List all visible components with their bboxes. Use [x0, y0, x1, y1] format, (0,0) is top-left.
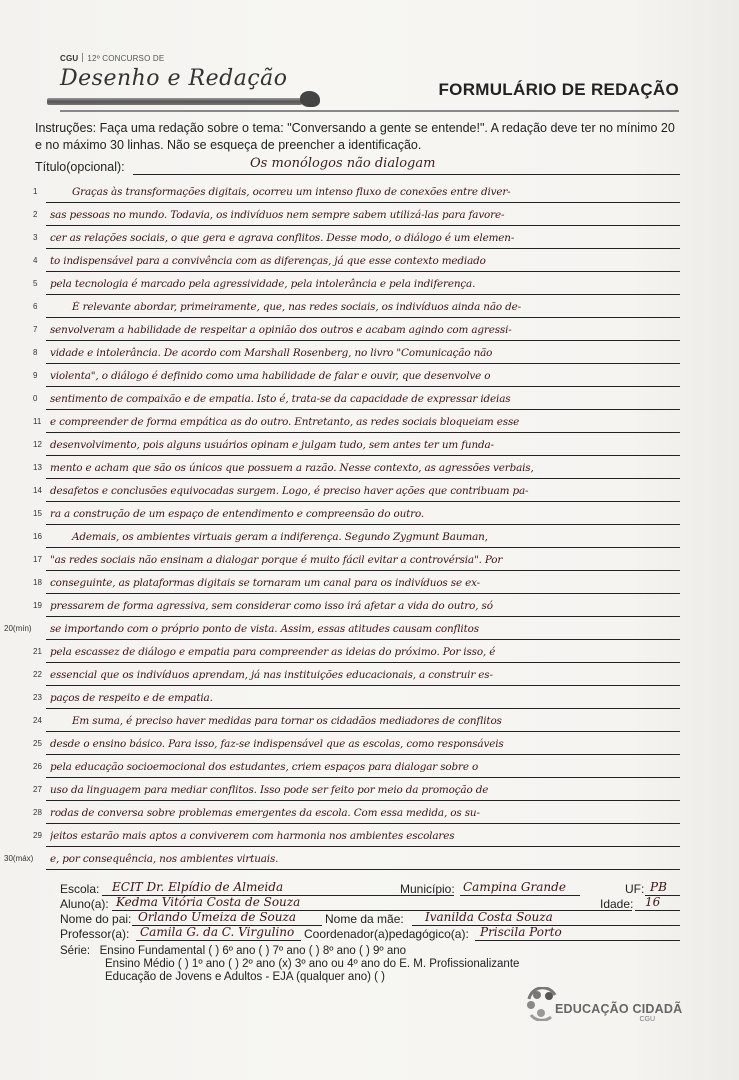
line-text[interactable]: se importando com o próprio ponto de vis… [50, 623, 682, 635]
line-rule [46, 478, 680, 479]
line-number: 12 [33, 440, 47, 449]
line-number: 23 [33, 693, 47, 702]
line-number: 24 [33, 716, 47, 725]
line-text[interactable]: pela escassez de diálogo e empatia para … [50, 646, 682, 658]
essay-line[interactable]: 7senvolveram a habilidade de respeitar a… [0, 321, 739, 344]
essay-line[interactable]: 30(máx)e, por consequência, nos ambiente… [0, 850, 739, 873]
line-rule [46, 248, 680, 249]
header-divider [60, 110, 679, 112]
logo-name: EDUCAÇÃO CIDADÃ [555, 1002, 682, 1016]
line-rule [46, 662, 680, 663]
line-number: 18 [33, 578, 47, 587]
line-text[interactable]: Graças às transformações digitais, ocorr… [50, 186, 682, 198]
line-number: 27 [33, 785, 47, 794]
essay-line[interactable]: 1Graças às transformações digitais, ocor… [0, 183, 739, 206]
line-text[interactable]: sentimento de compaixão e de empatia. Is… [50, 393, 682, 405]
title-value[interactable]: Os monólogos não dialogam [250, 156, 435, 171]
essay-line[interactable]: 27uso da linguagem para mediar conflitos… [0, 781, 739, 804]
city-underline [460, 895, 580, 896]
essay-line[interactable]: 4to indispensável para a convivência com… [0, 252, 739, 275]
line-rule [46, 455, 680, 456]
line-number: 28 [33, 808, 47, 817]
essay-line[interactable]: 26pela educação socioemocional dos estud… [0, 758, 739, 781]
line-number: 11 [33, 417, 47, 426]
line-text[interactable]: desenvolvimento, pois alguns usuários op… [50, 439, 682, 451]
line-number: 2 [33, 210, 47, 219]
line-number: 25 [33, 739, 47, 748]
line-text[interactable]: pela educação socioemocional dos estudan… [50, 761, 682, 773]
line-number: 0 [33, 394, 47, 403]
city-label: Município: [400, 882, 455, 896]
school-value[interactable]: ECIT Dr. Elpídio de Almeida [112, 880, 283, 894]
line-number: 19 [33, 601, 47, 610]
essay-line[interactable]: 13mento e acham que são os únicos que po… [0, 459, 739, 482]
line-number: 30(máx) [4, 854, 46, 863]
line-text[interactable]: to indispensável para a convivência com … [50, 255, 682, 267]
grade-label: Série: [60, 945, 90, 957]
line-number: 21 [33, 647, 47, 656]
line-text[interactable]: Em suma, é preciso haver medidas para to… [50, 715, 682, 727]
essay-line[interactable]: 17"as redes sociais não ensinam a dialog… [0, 551, 739, 574]
line-rule [46, 731, 680, 732]
student-value[interactable]: Kedma Vitória Costa de Souza [116, 895, 300, 909]
age-value[interactable]: 16 [645, 895, 660, 909]
line-number: 15 [33, 509, 47, 518]
line-number: 14 [33, 486, 47, 495]
line-rule [46, 616, 680, 617]
essay-line[interactable]: 9violenta", o diálogo é definido como um… [0, 367, 739, 390]
line-rule [46, 593, 680, 594]
school-label: Escola: [60, 882, 99, 896]
line-text[interactable]: vidade e intolerância. De acordo com Mar… [50, 347, 682, 359]
city-value[interactable]: Campina Grande [463, 880, 566, 894]
line-rule [46, 202, 680, 203]
divider [82, 53, 83, 62]
essay-form-page: CGU12º CONCURSO DE Desenho e Redação FOR… [0, 0, 739, 1080]
line-number: 7 [33, 325, 47, 334]
line-text[interactable]: conseguinte, as plataformas digitais se … [50, 577, 682, 589]
line-rule [46, 524, 680, 525]
pencil-icon [47, 98, 302, 105]
line-rule [46, 685, 680, 686]
essay-line[interactable]: 14desafetos e conclusões equivocadas sur… [0, 482, 739, 505]
instructions: Instruções: Faça uma redação sobre o tem… [35, 120, 685, 154]
line-text[interactable]: sas pessoas no mundo. Todavia, os indiví… [50, 209, 682, 221]
coordinator-label: Coordenador(a)pedagógico(a): [304, 927, 469, 941]
essay-line[interactable]: 15ra a construção de um espaço de entend… [0, 505, 739, 528]
line-rule [46, 754, 680, 755]
line-rule [46, 708, 680, 709]
line-rule [46, 386, 680, 387]
line-text[interactable]: cer as relações sociais, o que gera e ag… [50, 232, 682, 244]
line-rule [46, 409, 680, 410]
teacher-value[interactable]: Camila G. da C. Virgulino [140, 925, 294, 939]
line-text[interactable]: desde o ensino básico. Para isso, faz-se… [50, 738, 682, 750]
line-number: 3 [33, 233, 47, 242]
father-value[interactable]: Orlando Umeiza de Souza [138, 910, 296, 924]
essay-line[interactable]: 16Ademais, os ambientes virtuais geram a… [0, 528, 739, 551]
line-number: 26 [33, 762, 47, 771]
line-rule [46, 869, 680, 870]
line-rule [46, 432, 680, 433]
mother-label: Nome da mãe: [325, 912, 404, 926]
line-number: 16 [33, 532, 47, 541]
line-text[interactable]: Ademais, os ambientes virtuais geram a i… [50, 531, 682, 543]
essay-line[interactable]: 18conseguinte, as plataformas digitais s… [0, 574, 739, 597]
essay-line[interactable]: 20(mín)se importando com o próprio ponto… [0, 620, 739, 643]
contest-header: CGU12º CONCURSO DE [60, 53, 164, 63]
people-circle-icon [525, 987, 559, 1021]
essay-line[interactable]: 0sentimento de compaixão e de empatia. I… [0, 390, 739, 413]
student-label: Aluno(a): [60, 897, 109, 911]
line-rule [46, 800, 680, 801]
line-text[interactable]: ra a construção de um espaço de entendim… [50, 508, 682, 520]
line-text[interactable]: mento e acham que são os únicos que poss… [50, 462, 682, 474]
line-number: 29 [33, 831, 47, 840]
essay-line[interactable]: 29jeitos estarão mais aptos a conviverem… [0, 827, 739, 850]
grade-section: Série: Ensino Fundamental ( ) 6º ano ( )… [60, 945, 519, 984]
line-text[interactable]: "as redes sociais não ensinam a dialogar… [50, 554, 682, 566]
essay-line[interactable]: 12desenvolvimento, pois alguns usuários … [0, 436, 739, 459]
line-rule [46, 823, 680, 824]
line-text[interactable]: pressarem de forma agressiva, sem consid… [50, 600, 682, 612]
line-number: 9 [33, 371, 47, 380]
father-label: Nome do pai: [60, 912, 131, 926]
line-text[interactable]: paços de respeito e de empatia. [50, 692, 682, 704]
line-rule [46, 639, 680, 640]
age-label: Idade: [600, 897, 633, 911]
essay-line[interactable]: 11e compreender de forma empática as do … [0, 413, 739, 436]
line-text[interactable]: senvolveram a habilidade de respeitar a … [50, 324, 682, 336]
essay-line[interactable]: 5pela tecnologia é marcado pela agressiv… [0, 275, 739, 298]
line-number: 5 [33, 279, 47, 288]
line-number: 8 [33, 348, 47, 357]
line-rule [46, 363, 680, 364]
essay-line[interactable]: 6É relevante abordar, primeiramente, que… [0, 298, 739, 321]
essay-line[interactable]: 19pressarem de forma agressiva, sem cons… [0, 597, 739, 620]
line-text[interactable]: pela tecnologia é marcado pela agressivi… [50, 278, 682, 290]
line-number: 17 [33, 555, 47, 564]
essay-line[interactable]: 23paços de respeito e de empatia. [0, 689, 739, 712]
line-number: 13 [33, 463, 47, 472]
essay-line[interactable]: 2sas pessoas no mundo. Todavia, os indiv… [0, 206, 739, 229]
coordinator-underline [475, 940, 680, 941]
contest-name: Desenho e Redação [60, 66, 288, 91]
uf-label: UF: [625, 882, 644, 896]
title-field[interactable]: Título(opcional): Os monólogos não dialo… [35, 158, 680, 176]
line-rule [46, 501, 680, 502]
line-text[interactable]: uso da linguagem para mediar conflitos. … [50, 784, 682, 796]
essay-line[interactable]: 22essencial que os indivíduos aprendam, … [0, 666, 739, 689]
line-rule [46, 294, 680, 295]
grade-fundamental[interactable]: Série: Ensino Fundamental ( ) 6º ano ( )… [60, 945, 519, 958]
educacao-cidada-logo: EDUCAÇÃO CIDADÃ CGU [525, 985, 685, 1025]
line-number: 22 [33, 670, 47, 679]
coordinator-value[interactable]: Priscila Porto [480, 925, 562, 939]
brush-tip-icon [300, 91, 320, 107]
line-text[interactable]: rodas de conversa sobre problemas emerge… [50, 807, 682, 819]
line-text[interactable]: e, por consequência, nos ambientes virtu… [50, 853, 682, 865]
line-rule [46, 317, 680, 318]
essay-lines[interactable]: 1Graças às transformações digitais, ocor… [0, 183, 739, 873]
line-rule [46, 271, 680, 272]
teacher-label: Professor(a): [60, 927, 129, 941]
line-text[interactable]: essencial que os indivíduos aprendam, já… [50, 669, 682, 681]
grade-eja[interactable]: Educação de Jovens e Adultos - EJA (qual… [60, 971, 519, 984]
title-label: Título(opcional): [35, 160, 125, 174]
line-text[interactable]: violenta", o diálogo é definido como uma… [50, 370, 682, 382]
line-rule [46, 225, 680, 226]
line-number: 4 [33, 256, 47, 265]
line-text[interactable]: É relevante abordar, primeiramente, que,… [50, 301, 682, 313]
line-rule [46, 570, 680, 571]
essay-line[interactable]: 8vidade e intolerância. De acordo com Ma… [0, 344, 739, 367]
essay-line[interactable]: 21pela escassez de diálogo e empatia par… [0, 643, 739, 666]
uf-value[interactable]: PB [650, 880, 667, 894]
line-rule [46, 777, 680, 778]
title-underline [133, 174, 680, 175]
line-rule [46, 340, 680, 341]
line-number: 20(mín) [4, 624, 46, 633]
teacher-underline [136, 940, 301, 941]
line-rule [46, 846, 680, 847]
essay-line[interactable]: 28rodas de conversa sobre problemas emer… [0, 804, 739, 827]
logo-org: CGU [639, 1016, 655, 1023]
age-underline [635, 910, 680, 911]
grade-medio[interactable]: Ensino Médio ( ) 1º ano ( ) 2º ano (x) 3… [60, 958, 519, 971]
teacher-row: Professor(a): Camila G. da C. Virgulino … [60, 927, 680, 942]
identification-section: Escola: ECIT Dr. Elpídio de Almeida Muni… [60, 882, 680, 942]
mother-value[interactable]: Ivanilda Costa Souza [425, 910, 553, 924]
contest-edition: 12º CONCURSO DE [87, 54, 164, 63]
line-rule [46, 547, 680, 548]
line-text[interactable]: jeitos estarão mais aptos a conviverem c… [50, 830, 682, 842]
line-text[interactable]: desafetos e conclusões equivocadas surge… [50, 485, 682, 497]
essay-line[interactable]: 25desde o ensino básico. Para isso, faz-… [0, 735, 739, 758]
essay-line[interactable]: 3cer as relações sociais, o que gera e a… [0, 229, 739, 252]
cgu-label: CGU [60, 54, 78, 63]
line-number: 6 [33, 302, 47, 311]
form-title: FORMULÁRIO DE REDAÇÃO [438, 80, 679, 100]
line-text[interactable]: e compreender de forma empática as do ou… [50, 416, 682, 428]
line-number: 1 [33, 187, 47, 196]
essay-line[interactable]: 24Em suma, é preciso haver medidas para … [0, 712, 739, 735]
